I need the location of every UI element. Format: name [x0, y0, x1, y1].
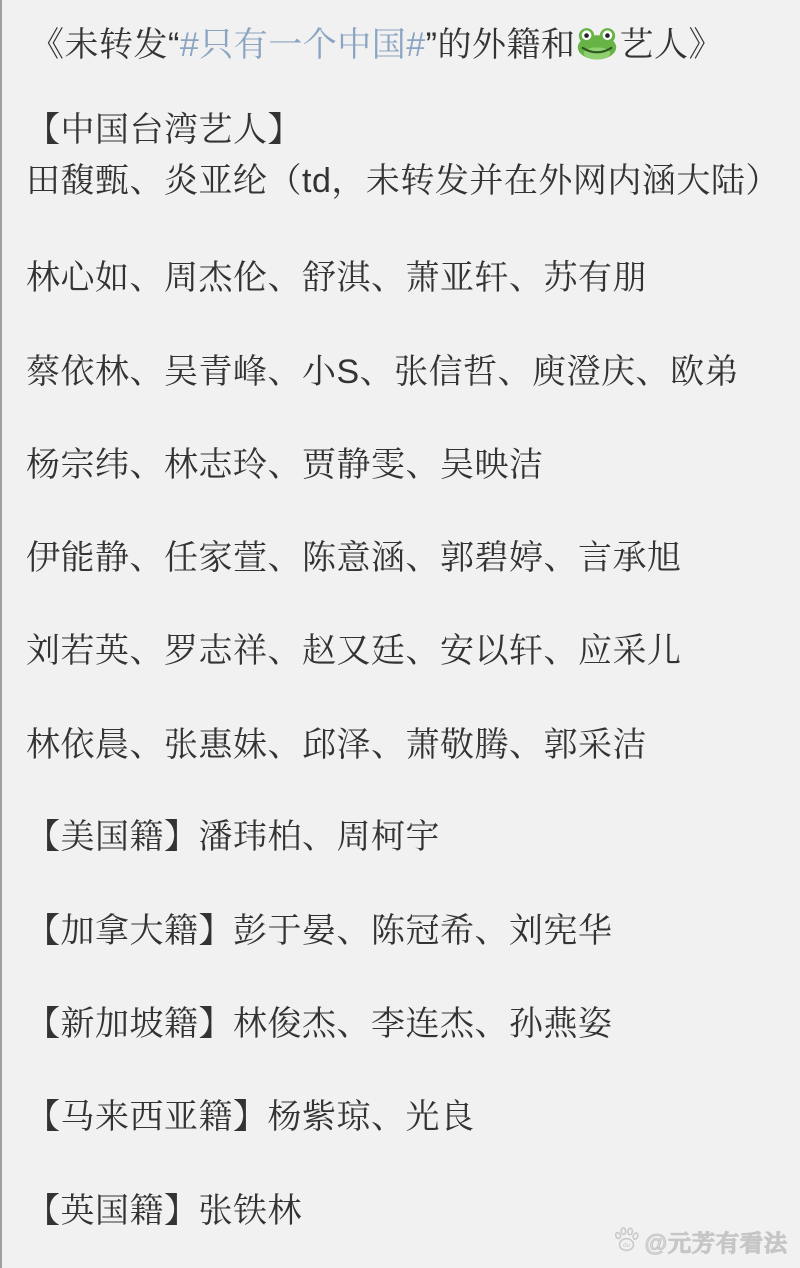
- nationality-line-malaysia: 【马来西亚籍】杨紫琼、光良: [26, 1095, 475, 1139]
- hashtag-link[interactable]: #只有一个中国#: [180, 26, 426, 64]
- watermark-handle: @元芳有看法: [645, 1225, 788, 1258]
- section-header-taiwan: 【中国台湾艺人】: [26, 108, 302, 152]
- nationality-line-singapore: 【新加坡籍】林俊杰、李连杰、孙燕姿: [26, 1002, 613, 1046]
- svg-text:du: du: [623, 1241, 630, 1248]
- artist-list-line: 田馥甄、炎亚纶（td，未转发并在外网内涵大陆）: [26, 159, 780, 203]
- nationality-line-canada: 【加拿大籍】彭于晏、陈冠希、刘宪华: [26, 909, 613, 953]
- frog-emoji-icon: [577, 27, 617, 71]
- artist-list-line: 蔡依林、吴青峰、小S、张信哲、庾澄庆、欧弟: [26, 350, 739, 394]
- nationality-line-uk: 【英国籍】张铁林: [26, 1189, 302, 1233]
- post-title: 《未转发“#只有一个中国#”的外籍和 艺人》: [30, 23, 723, 71]
- artist-list-line: 刘若英、罗志祥、赵又廷、安以轩、应采儿: [26, 629, 682, 673]
- artist-list-line: 杨宗纬、林志玲、贾静雯、吴映洁: [26, 443, 544, 487]
- title-text-middle: ”的外籍和: [426, 26, 576, 64]
- watermark: du @元芳有看法: [613, 1225, 788, 1258]
- artist-list-line: 林依晨、张惠妹、邱泽、萧敬腾、郭采洁: [26, 723, 647, 767]
- title-text-after: 艺人》: [619, 26, 723, 64]
- title-text-before: 《未转发“: [30, 26, 180, 64]
- artist-list-line: 伊能静、任家萱、陈意涵、郭碧婷、言承旭: [26, 536, 682, 580]
- artist-list-line: 林心如、周杰伦、舒淇、萧亚轩、苏有朋: [26, 256, 647, 300]
- nationality-line-usa: 【美国籍】潘玮柏、周柯宇: [26, 815, 440, 859]
- post-image: 《未转发“#只有一个中国#”的外籍和 艺人》 【中国台湾艺人】 田馥甄、炎亚纶（…: [0, 0, 800, 1268]
- baidu-paw-icon: du: [613, 1226, 640, 1258]
